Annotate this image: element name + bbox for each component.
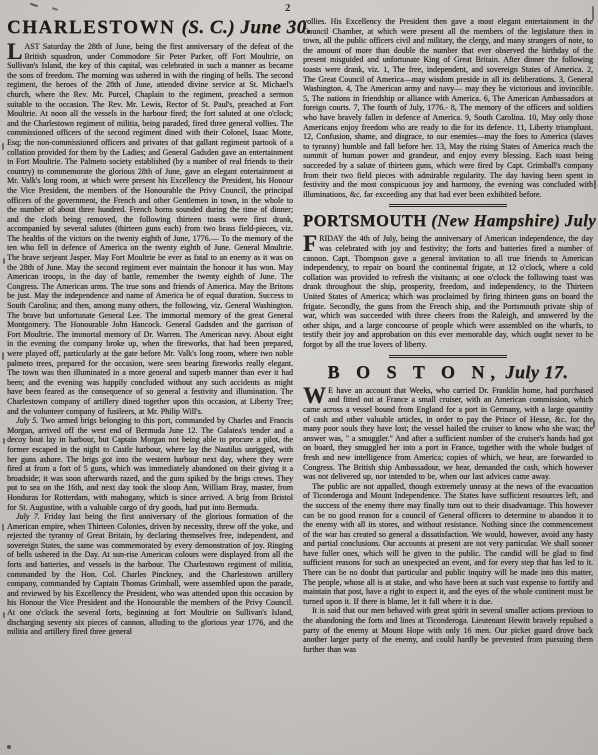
- scan-artifact: [3, 258, 5, 264]
- boston-paragraph-1: WE have an account that Weeks, who carri…: [303, 386, 593, 482]
- charlestown-dateline-city: CHARLESTOWN: [7, 17, 175, 38]
- charlestown-paragraph-2: July 5. Two armed brigs belonging to thi…: [7, 416, 293, 512]
- scan-artifact: [3, 612, 5, 618]
- portsmouth-paragraph: FRIDAY the 4th of July, being the annive…: [303, 234, 593, 349]
- dropcap-W: W: [303, 386, 328, 404]
- dropcap-L: L: [7, 42, 24, 60]
- boston-dateline-city: B O S T O N,: [328, 362, 501, 382]
- charlestown-paragraph-1-text: AST Saturday the 28th of June, being the…: [7, 42, 293, 416]
- scan-artifact: [593, 420, 595, 428]
- page-number: 2: [285, 2, 291, 14]
- charlestown-continuation-paragraph: vollies. His Excellency the President th…: [303, 17, 593, 199]
- boston-paragraph-1-text: E have an account that Weeks, who carrie…: [303, 386, 593, 481]
- portsmouth-dateline-city: PORTSMOUTH: [303, 211, 427, 230]
- charlestown-paragraph-3-date: July 7.: [16, 512, 40, 521]
- section-divider-rule: [389, 204, 507, 207]
- section-divider-rule: [389, 355, 507, 358]
- charlestown-heading: CHARLESTOWN (S. C.) June 30.: [7, 17, 293, 39]
- scan-artifact: [592, 6, 594, 20]
- portsmouth-dateline-date: (New Hampshire) July 12.: [431, 211, 598, 230]
- charlestown-paragraph-1: LAST Saturday the 28th of June, being th…: [7, 42, 293, 416]
- boston-dateline-date: July 17.: [505, 362, 568, 382]
- boston-paragraph-2: The public are not appalled, though extr…: [303, 482, 593, 607]
- scan-artifact: [3, 438, 5, 444]
- column-right: vollies. His Excellency the President th…: [303, 17, 593, 654]
- dropcap-F: F: [303, 234, 319, 252]
- portsmouth-paragraph-text: RIDAY the 4th of July, being the anniver…: [303, 234, 593, 349]
- scan-artifact: [2, 352, 4, 360]
- page-columns: CHARLESTOWN (S. C.) June 30. LAST Saturd…: [0, 0, 598, 654]
- charlestown-paragraph-2-date: July 5.: [16, 416, 38, 425]
- charlestown-dateline-date: (S. C.) June 30.: [181, 17, 311, 38]
- scan-artifact: [2, 143, 4, 150]
- portsmouth-heading: PORTSMOUTH (New Hampshire) July 12.: [303, 211, 593, 231]
- charlestown-paragraph-3-text: Friday last being the first anniversary …: [7, 512, 293, 636]
- scan-artifact: [7, 745, 11, 749]
- scan-artifact: [594, 180, 596, 189]
- column-left: CHARLESTOWN (S. C.) June 30. LAST Saturd…: [7, 17, 293, 654]
- boston-paragraph-3: It is said that our men behaved with gre…: [303, 606, 593, 654]
- scan-artifact: [2, 524, 4, 531]
- boston-heading: B O S T O N, July 17.: [303, 362, 593, 383]
- charlestown-paragraph-3: July 7. Friday last being the first anni…: [7, 512, 293, 637]
- charlestown-paragraph-2-text: Two armed brigs belonging to this port, …: [7, 416, 293, 511]
- newspaper-page: 2 CHARLESTOWN (S. C.) June 30. LAST Satu…: [0, 0, 598, 755]
